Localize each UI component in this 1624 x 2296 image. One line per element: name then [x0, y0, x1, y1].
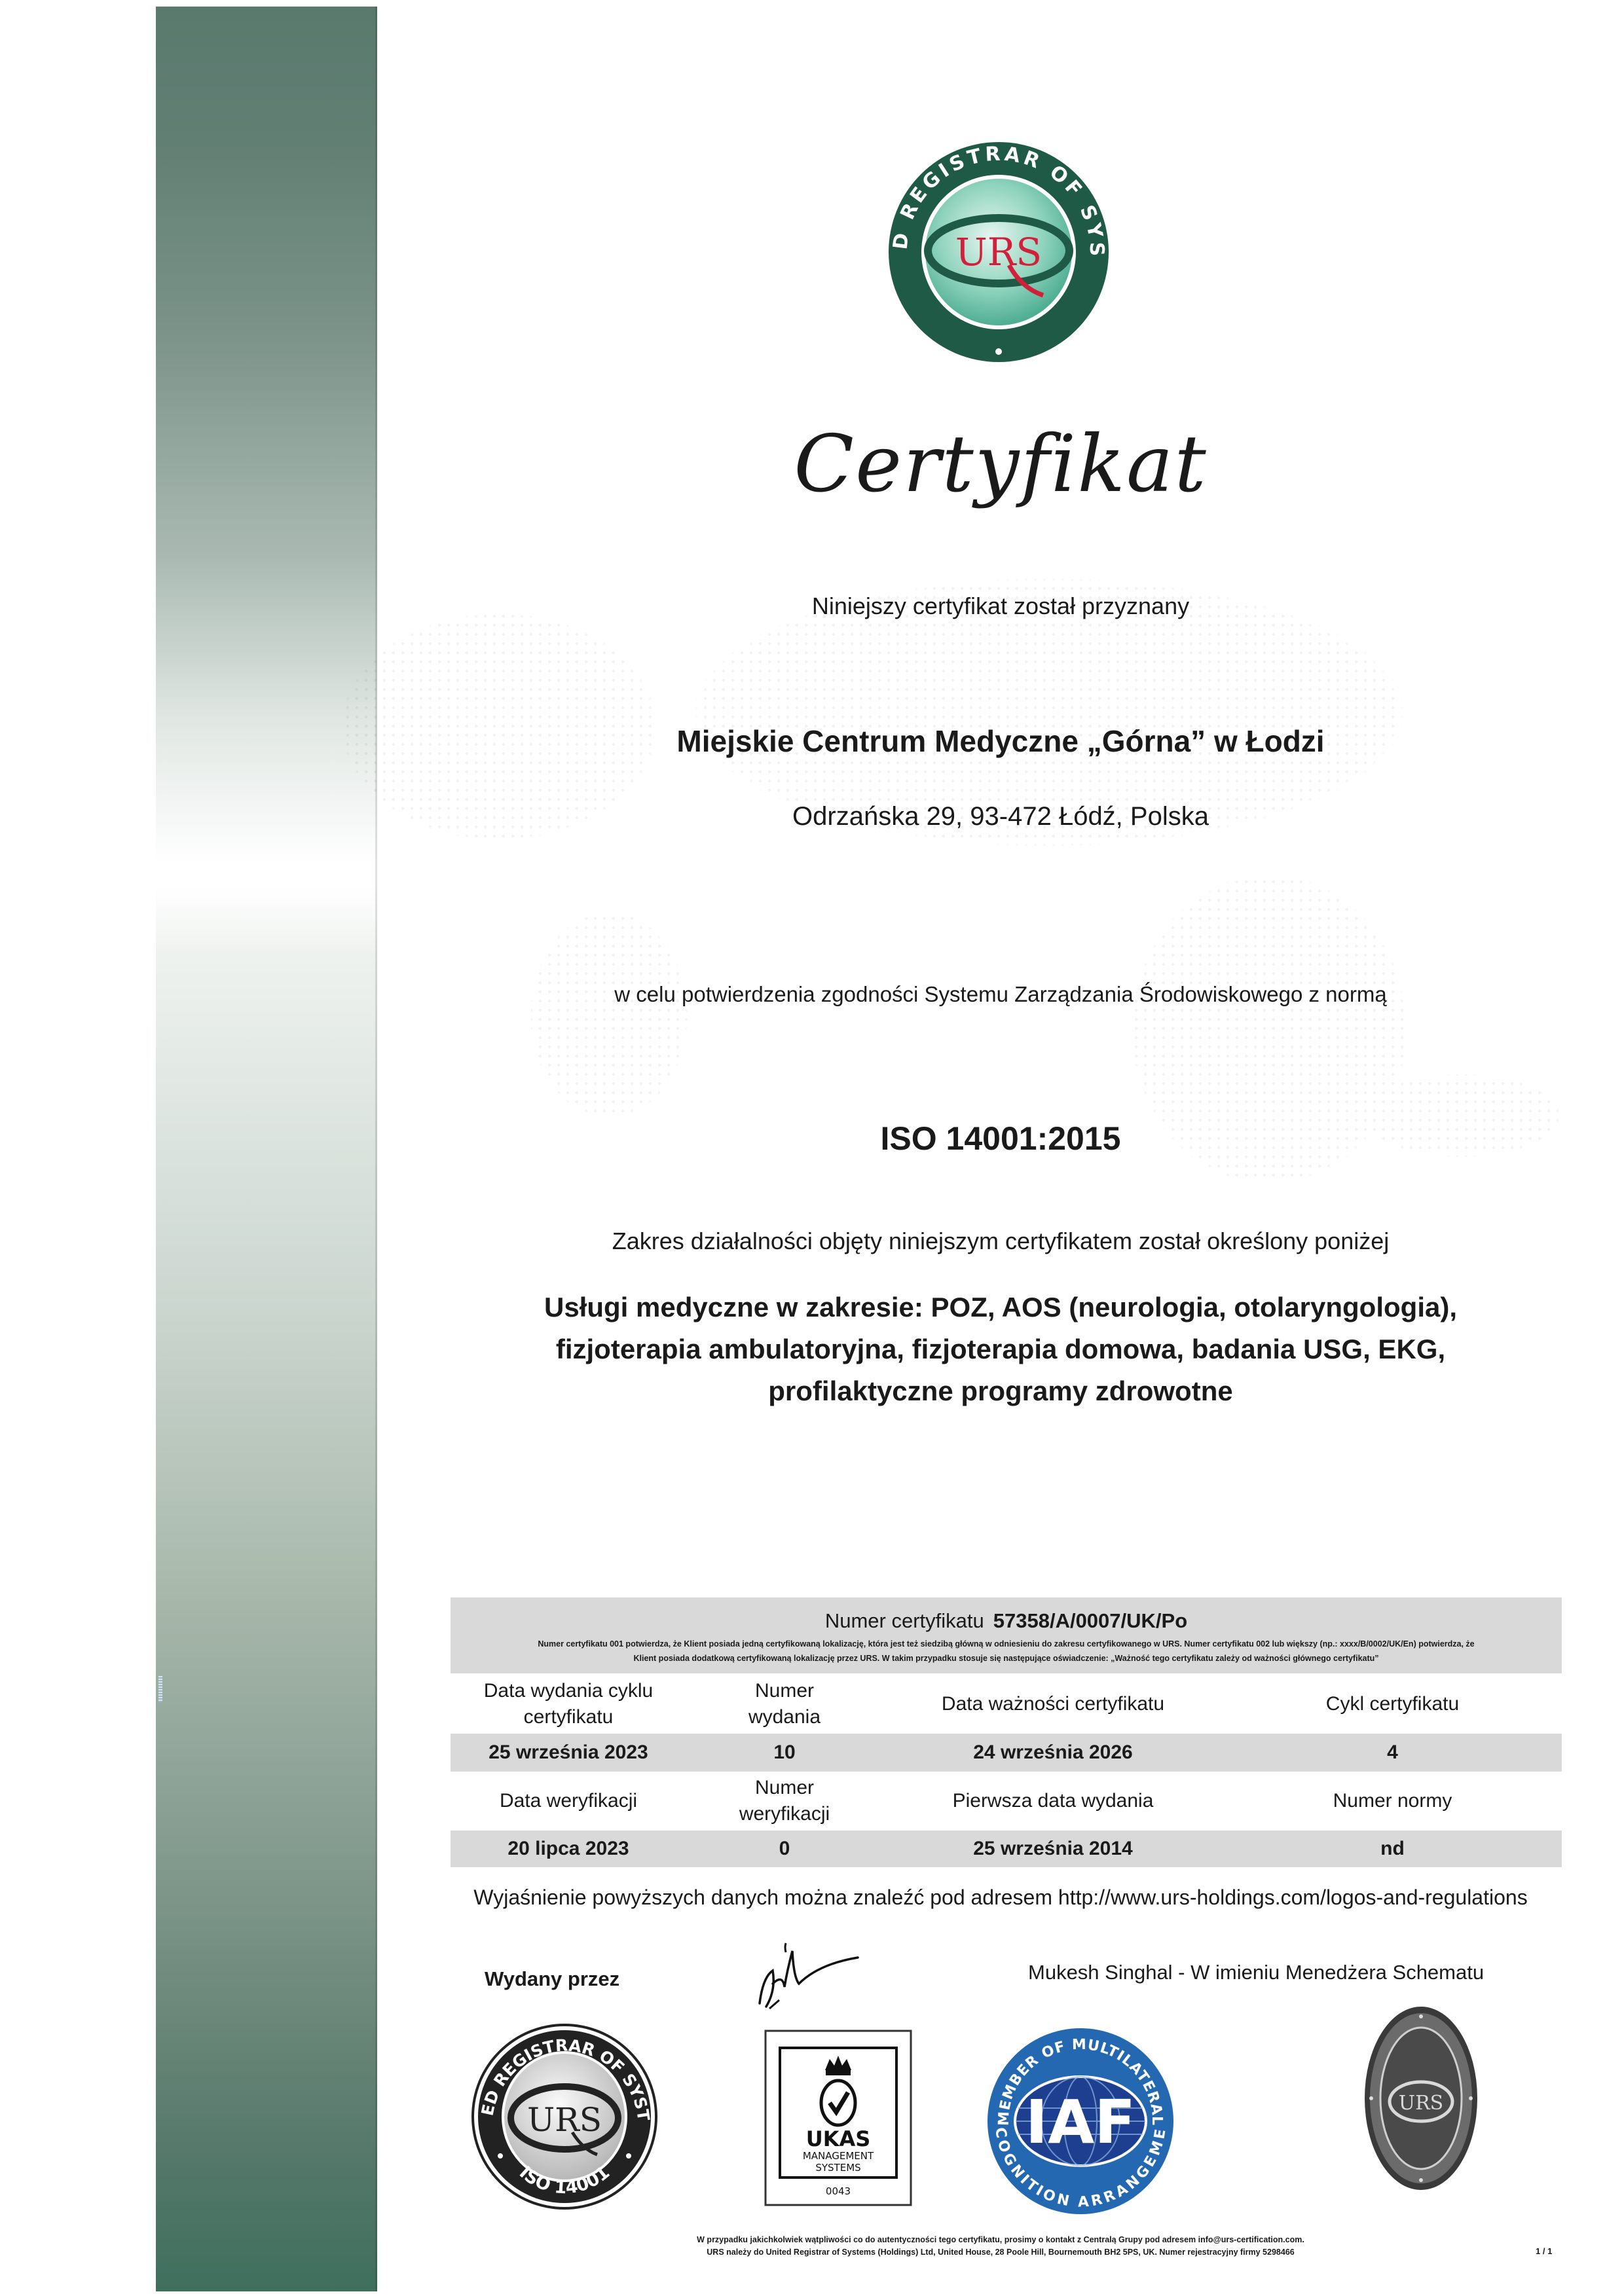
urs-embossed-seal: URS: [1362, 2003, 1480, 2193]
header-certificate-cycle: Cykl certyfikatu: [1223, 1691, 1562, 1717]
footer-line: W przypadku jakichkolwiek wątpliwości co…: [377, 2234, 1624, 2246]
svg-text:IAF: IAF: [1025, 2087, 1135, 2157]
granted-statement: Niniejszy certyfikat został przyznany: [377, 592, 1624, 620]
svg-text:0043: 0043: [826, 2185, 851, 2197]
svg-text:UKAS: UKAS: [806, 2126, 871, 2151]
certificate-number-value: 57358/A/0007/UK/Po: [993, 1609, 1187, 1632]
footer-disclaimer: W przypadku jakichkolwiek wątpliwości co…: [377, 2234, 1624, 2259]
organization-address: Odrzańska 29, 93-472 Łódź, Polska: [377, 802, 1624, 831]
header-standard-number: Numer normy: [1223, 1788, 1562, 1814]
value-certificate-cycle: 4: [1223, 1741, 1562, 1764]
certificate-title: Certyfikat: [377, 419, 1624, 510]
header-expiry-date: Data ważności certyfikatu: [883, 1691, 1223, 1717]
scope-line: fizjoterapia ambulatoryjna, fizjoterapia…: [377, 1328, 1624, 1370]
svg-text:URS: URS: [527, 2101, 602, 2139]
value-first-issue-date: 25 września 2014: [883, 1838, 1223, 1860]
certificate-number: Numer certyfikatu57358/A/0007/UK/Po: [451, 1609, 1562, 1633]
value-verification-number: 0: [686, 1838, 883, 1860]
value-cycle-issue-date: 25 września 2023: [451, 1741, 686, 1764]
signature-image: [747, 1938, 871, 2010]
page-number: 1 / 1: [1536, 2246, 1552, 2256]
signatory-name: Mukesh Singhal - W imieniu Menedżera Sch…: [1028, 1961, 1484, 1984]
details-header-row-1: Data wydania cyklu certyfikatu Numer wyd…: [451, 1677, 1562, 1731]
header-issue-number-text: Numer wydania: [735, 1678, 834, 1730]
details-value-row-1: 25 września 2023 10 24 września 2026 4: [451, 1734, 1562, 1772]
footer-line: URS należy do United Registrar of System…: [377, 2246, 1624, 2259]
value-issue-number: 10: [686, 1741, 883, 1764]
header-first-issue-date: Pierwsza data wydania: [883, 1788, 1223, 1814]
header-issue-number: Numer wydania: [686, 1678, 883, 1730]
iaf-mla-logo: MEMBER OF MULTILATERAL RECOGNITION ARRAN…: [986, 2026, 1175, 2216]
header-verification-date: Data weryfikacji: [451, 1788, 686, 1814]
svg-text:URS: URS: [955, 230, 1042, 274]
note-line: Numer certyfikatu 001 potwierdza, że Kli…: [457, 1637, 1555, 1651]
ukas-accreditation-logo: UKAS MANAGEMENT SYSTEMS 0043: [764, 2030, 912, 2206]
urs-logo-top: UNITED REGISTRAR OF SYSTEMS URS: [881, 134, 1116, 370]
header-cycle-issue-date: Data wydania cyklu certyfikatu: [451, 1678, 686, 1730]
header-verification-number: Numer weryfikacji: [686, 1775, 883, 1827]
certification-purpose: w celu potwierdzenia zgodności Systemu Z…: [377, 982, 1624, 1007]
value-standard-number: nd: [1223, 1838, 1562, 1860]
certificate-number-note: Numer certyfikatu 001 potwierdza, że Kli…: [457, 1637, 1555, 1666]
scope-of-activity: Usługi medyczne w zakresie: POZ, AOS (ne…: [377, 1286, 1624, 1412]
organization-name: Miejskie Centrum Medyczne „Górna” w Łodz…: [377, 723, 1624, 759]
header-verification-number-text: Numer weryfikacji: [732, 1775, 837, 1827]
details-header-row-2: Data weryfikacji Numer weryfikacji Pierw…: [451, 1774, 1562, 1828]
decorative-side-band: [156, 7, 377, 2291]
svg-text:SYSTEMS: SYSTEMS: [815, 2162, 860, 2174]
svg-text:URS: URS: [1399, 2092, 1443, 2115]
note-line: Klient posiada dodatkową certyfikowaną l…: [457, 1651, 1555, 1666]
issued-by-label: Wydany przez: [485, 1967, 619, 1991]
value-expiry-date: 24 września 2026: [883, 1741, 1223, 1764]
urs-iso14001-logo: UNITED REGISTRAR OF SYSTEMS ISO 14001 UR…: [466, 2020, 663, 2210]
explanation-link-text: Wyjaśnienie powyższych danych można znal…: [377, 1886, 1624, 1910]
value-verification-date: 20 lipca 2023: [451, 1838, 686, 1860]
certificate-number-label: Numer certyfikatu: [825, 1609, 984, 1632]
svg-text:MANAGEMENT: MANAGEMENT: [803, 2150, 874, 2162]
standard-name: ISO 14001:2015: [377, 1120, 1624, 1157]
scope-intro: Zakres działalności objęty niniejszym ce…: [377, 1228, 1624, 1255]
side-band-marker: [158, 1676, 162, 1702]
scope-line: profilaktyczne programy zdrowotne: [377, 1370, 1624, 1412]
certificate-number-band: Numer certyfikatu57358/A/0007/UK/Po Nume…: [451, 1597, 1562, 1673]
scope-line: Usługi medyczne w zakresie: POZ, AOS (ne…: [377, 1286, 1624, 1328]
details-value-row-2: 20 lipca 2023 0 25 września 2014 nd: [451, 1831, 1562, 1867]
